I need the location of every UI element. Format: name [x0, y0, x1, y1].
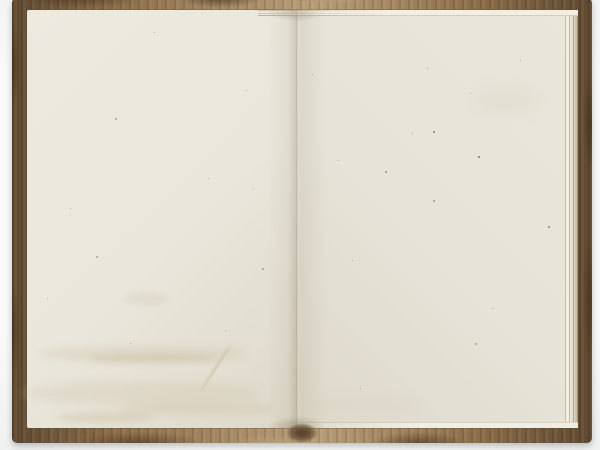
spine-notch-top: [290, 0, 314, 1]
stain: [58, 412, 153, 423]
speckle: [360, 388, 361, 389]
speckle: [385, 171, 387, 173]
speckle: [262, 268, 264, 270]
speckle: [96, 256, 98, 258]
open-pages: [27, 10, 578, 428]
speckle: [70, 208, 71, 209]
speckle: [520, 60, 521, 61]
speckle: [478, 156, 480, 158]
speckle: [352, 260, 353, 261]
photo-background: [0, 0, 600, 450]
page-stack-top-edge: [258, 10, 578, 16]
speckle: [115, 118, 117, 120]
speckle: [208, 178, 209, 179]
speckle: [225, 330, 226, 331]
center-gutter-shadow: [267, 10, 327, 428]
stain: [470, 86, 540, 116]
speckle: [433, 200, 435, 202]
speckle: [475, 343, 477, 345]
book-cover: [12, 0, 592, 443]
right-page: [297, 10, 578, 428]
stain: [124, 292, 168, 305]
left-page: [27, 10, 297, 428]
speckle: [338, 160, 339, 161]
speckle: [470, 93, 471, 94]
speckle: [492, 308, 493, 309]
speckle: [154, 32, 155, 33]
stain: [88, 354, 218, 363]
speckle: [312, 74, 313, 75]
stain: [22, 381, 262, 405]
page-stack-bottom-edge: [291, 422, 578, 428]
stain: [300, 396, 420, 414]
speckle: [433, 131, 435, 133]
spine-notch-bottom: [286, 423, 318, 443]
speckle: [412, 133, 413, 134]
speckle: [246, 90, 247, 91]
speckle: [253, 188, 254, 189]
page-stack-fore-edge: [565, 12, 578, 426]
speckle: [130, 343, 131, 344]
speckle: [548, 226, 550, 228]
speckle: [47, 298, 48, 299]
speckle: [427, 68, 428, 69]
